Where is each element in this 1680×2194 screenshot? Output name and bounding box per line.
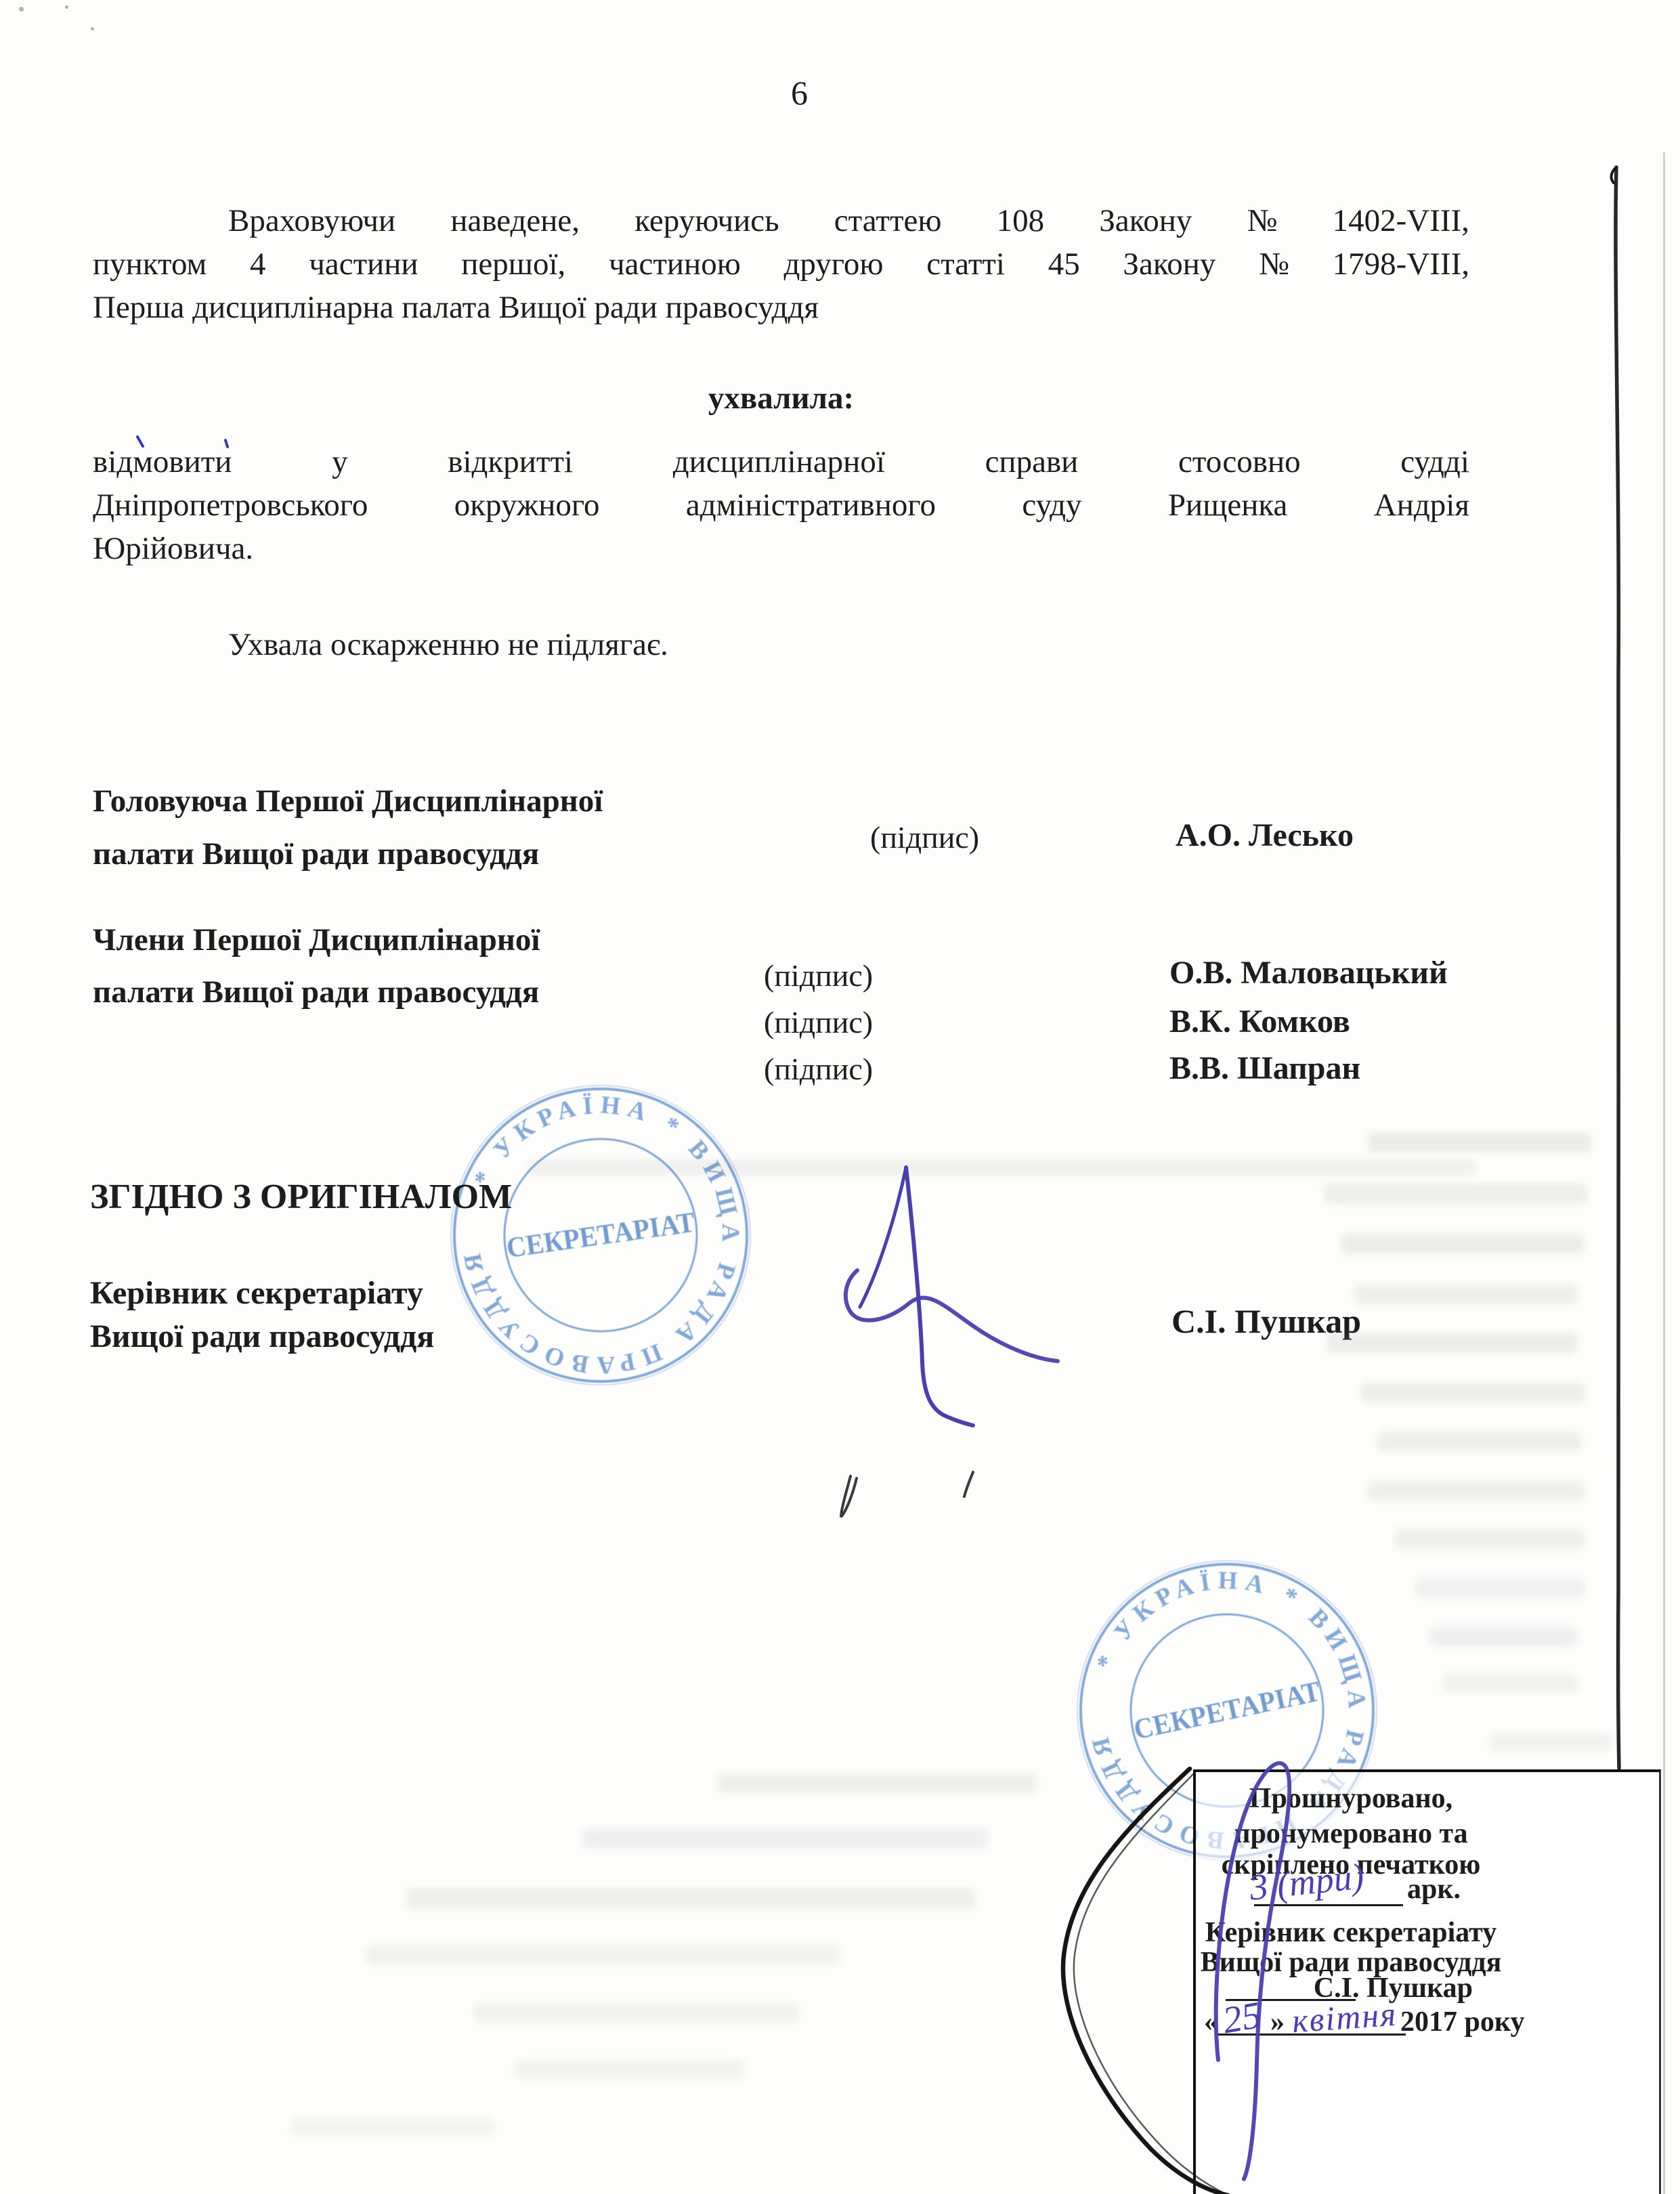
bleedthrough-text	[1368, 1480, 1585, 1501]
bleedthrough-text	[582, 1828, 989, 1849]
paragraph1-line2: пунктом4частинипершої,частиноюдругоюстат…	[93, 244, 1469, 284]
cert-title-line1: Керівник секретаріату	[90, 1274, 423, 1312]
bleedthrough-text	[1368, 1132, 1591, 1153]
binding-line1: Прошнуровано,	[1199, 1782, 1503, 1815]
sheets-suffix: арк.	[1407, 1873, 1461, 1906]
bleedthrough-text	[1490, 1734, 1612, 1751]
final-note: Ухвала оскарженню не підлягає.	[93, 624, 1469, 665]
bleedthrough-text	[366, 1945, 840, 1965]
cert-name: С.І. Пушкар	[1171, 1302, 1361, 1341]
sig2-signature-placeholder-3: (підпис)	[764, 1051, 873, 1087]
paragraph2-line1: відмовитиувідкриттідисциплінарноїсправис…	[93, 442, 1469, 482]
bleedthrough-text	[718, 1773, 1036, 1793]
date-quote-open: «	[1204, 2006, 1218, 2038]
sheets-underline	[1254, 1904, 1403, 1906]
page-edge-line	[1663, 152, 1665, 2194]
bleedthrough-text	[474, 2003, 799, 2023]
pen-check-marks	[841, 1472, 973, 1516]
pushkar-signature	[846, 1167, 1058, 1425]
paragraph2-line3: Юрійовича.	[93, 528, 1469, 569]
document-page: 6 Враховуючинаведене,керуючисьстаттею108…	[0, 0, 1680, 2194]
secretariat-round-stamp: * УКРАЇНА * ВИЩА РАДА ПРАВОСУДДЯ СЕКРЕТА…	[417, 1052, 784, 1419]
bleedthrough-text	[1361, 1383, 1585, 1403]
binding-line2: пронумеровано та	[1199, 1817, 1503, 1850]
sig2-signature-placeholder-1: (підпис)	[764, 958, 873, 993]
bleedthrough-text	[406, 1888, 975, 1910]
bleedthrough-text	[1341, 1234, 1585, 1254]
bleedthrough-text	[1429, 1627, 1578, 1647]
bleedthrough-text	[1395, 1529, 1585, 1549]
paragraph2-line2: Дніпропетровськогоокружногоадміністратив…	[93, 485, 1469, 525]
scan-speck	[91, 27, 94, 30]
bleedthrough-text	[1415, 1578, 1585, 1598]
bleedthrough-text	[1354, 1284, 1578, 1304]
date-underline	[1218, 2034, 1406, 2036]
sig1-label-line1: Головуюча Першої Дисциплінарної	[93, 783, 603, 819]
page-number: 6	[791, 73, 808, 112]
resolution-heading: ухвалила:	[93, 378, 1469, 418]
paragraph1-line3: Перша дисциплінарна палата Вищої ради пр…	[93, 287, 1469, 328]
bleedthrough-text	[1378, 1432, 1581, 1452]
cert-title-line2: Вищої ради правосуддя	[90, 1318, 434, 1355]
bleedthrough-text	[1327, 1333, 1578, 1353]
stamp-center-text: СЕКРЕТАРІАТ	[1131, 1676, 1322, 1746]
sig2-name-2: В.К. Комков	[1169, 1003, 1350, 1040]
stamp-center-text: СЕКРЕТАРІАТ	[504, 1207, 697, 1265]
sig2-label-line2: палати Вищої ради правосуддя	[93, 974, 539, 1010]
scan-speck	[19, 7, 24, 12]
paragraph1-line1: Враховуючинаведене,керуючисьстаттею108За…	[93, 200, 1469, 241]
bleedthrough-text	[1324, 1184, 1588, 1204]
sig2-name-1: О.В. Маловацький	[1169, 954, 1448, 991]
scan-speck	[65, 5, 68, 9]
sig2-label-line1: Члени Першої Дисциплінарної	[93, 922, 540, 958]
bleedthrough-text	[291, 2118, 494, 2136]
bleedthrough-text	[515, 2060, 745, 2079]
sig1-name: А.О. Лесько	[1176, 817, 1354, 854]
bleedthrough-text	[1442, 1674, 1578, 1693]
sig1-label-line2: палати Вищої ради правосуддя	[93, 836, 539, 872]
date-year: 2017 року	[1400, 2006, 1524, 2038]
binding-title-line1: Керівник секретаріату	[1199, 1916, 1503, 1949]
sig2-name-3: В.В. Шапран	[1169, 1050, 1360, 1087]
sig1-signature-placeholder: (підпис)	[870, 819, 979, 855]
sig2-signature-placeholder-2: (підпис)	[764, 1004, 873, 1040]
